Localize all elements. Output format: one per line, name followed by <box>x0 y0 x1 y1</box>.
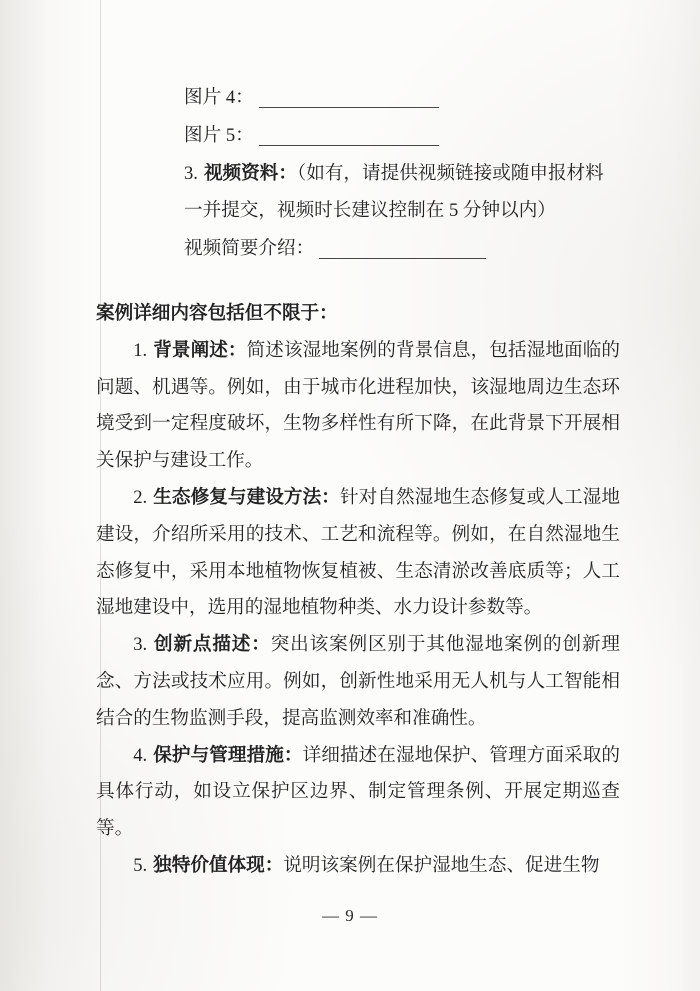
image-4-label: 图片 4： <box>184 87 254 108</box>
image-5-field-row: 图片 5： <box>184 117 664 155</box>
page-number: — 9 — <box>0 906 700 926</box>
video-intro-field-row: 视频简要介绍： <box>184 230 664 268</box>
list-item-3: 3.创新点描述：突出该案例区别于其他湿地案例的创新理念、方法或技术应用。例如，创… <box>96 627 620 737</box>
item-1-term: 背景阐述： <box>153 340 246 361</box>
video-intro-blank <box>319 238 486 259</box>
section-heading: 案例详细内容包括但不限于： <box>96 296 620 333</box>
item-5-text: 说明该案例在保护湿地生态、促进生物 <box>283 855 599 876</box>
list-item-5: 5.独特价值体现：说明该案例在保护湿地生态、促进生物 <box>96 848 620 885</box>
video-item-text: （如有，请提供视频链接或随申报材料 <box>297 163 604 184</box>
image-4-field-row: 图片 4： <box>184 79 664 117</box>
list-item-1: 1.背景阐述：简述该湿地案例的背景信息，包括湿地面临的问题、机遇等。例如，由于城… <box>96 333 620 480</box>
video-item-text-continued: 一并提交，视频时长建议控制在 5 分钟以内） <box>184 200 556 221</box>
document-page: 图片 4： 图片 5： 3.视频资料：（如有，请提供视频链接或随申报材料 一并提… <box>0 0 700 991</box>
item-1-number: 1. <box>133 340 147 361</box>
image-5-blank <box>259 125 439 146</box>
image-5-label: 图片 5： <box>184 125 254 146</box>
video-material-item-line1: 3.视频资料：（如有，请提供视频链接或随申报材料 <box>184 155 664 193</box>
item-3-number: 3. <box>133 634 147 655</box>
video-intro-label: 视频简要介绍： <box>184 238 314 259</box>
item-4-term: 保护与管理措施： <box>153 745 302 766</box>
item-4-number: 4. <box>133 745 147 766</box>
item-3-term: 创新点描述： <box>153 634 271 655</box>
image-4-blank <box>259 87 439 108</box>
list-item-2: 2.生态修复与建设方法：针对自然湿地生态修复或人工湿地建设，介绍所采用的技术、工… <box>96 480 620 627</box>
list-item-4: 4.保护与管理措施：详细描述在湿地保护、管理方面采取的具体行动，如设立保护区边界… <box>96 738 620 848</box>
item-2-number: 2. <box>133 487 147 508</box>
item-2-term: 生态修复与建设方法： <box>153 487 340 508</box>
case-content-section: 案例详细内容包括但不限于： 1.背景阐述：简述该湿地案例的背景信息，包括湿地面临… <box>96 296 620 885</box>
item-5-term: 独特价值体现： <box>153 855 283 876</box>
video-item-term: 视频资料： <box>204 163 297 184</box>
item-5-number: 5. <box>133 855 147 876</box>
video-material-item-line2: 一并提交，视频时长建议控制在 5 分钟以内） <box>184 192 664 230</box>
video-item-number: 3. <box>184 163 198 184</box>
attachment-form-section: 图片 4： 图片 5： 3.视频资料：（如有，请提供视频链接或随申报材料 一并提… <box>184 79 664 268</box>
